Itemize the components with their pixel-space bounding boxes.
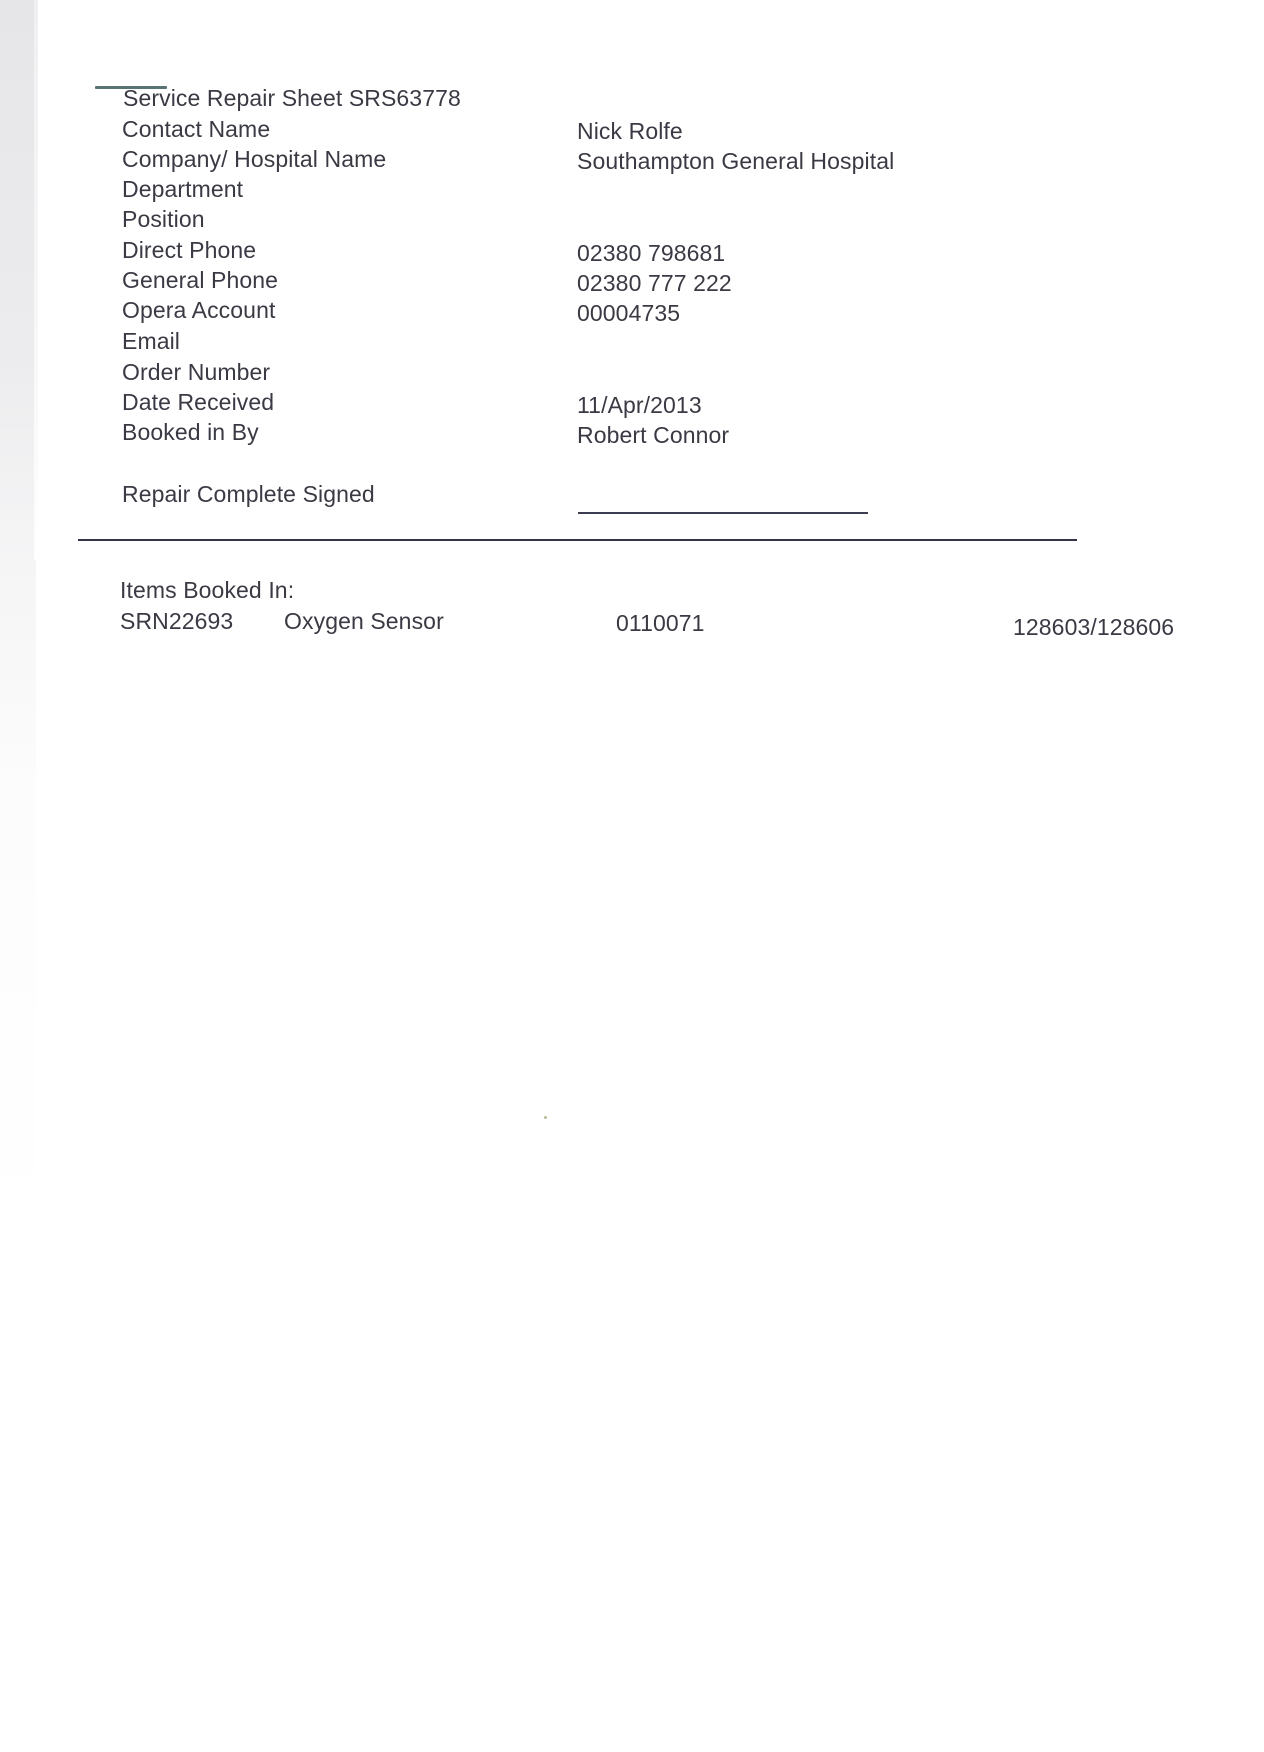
label-order-number: Order Number — [122, 358, 270, 386]
label-position: Position — [122, 205, 205, 233]
label-date-received: Date Received — [122, 388, 274, 416]
item-description: Oxygen Sensor — [284, 607, 444, 635]
label-repair-complete-signed: Repair Complete Signed — [122, 480, 375, 508]
value-company-hospital-name: Southampton General Hospital — [577, 147, 894, 175]
item-codes: 128603/128606 — [1013, 613, 1174, 641]
item-reference: SRN22693 — [120, 607, 233, 635]
items-booked-in-heading: Items Booked In: — [120, 576, 294, 604]
label-direct-phone: Direct Phone — [122, 236, 256, 264]
item-serial: 0110071 — [616, 609, 705, 637]
value-direct-phone: 02380 798681 — [577, 239, 725, 267]
document-title: Service Repair Sheet SRS63778 — [123, 84, 461, 112]
label-email: Email — [122, 327, 180, 355]
value-date-received: 11/Apr/2013 — [577, 391, 702, 419]
label-opera-account: Opera Account — [122, 296, 275, 324]
value-contact-name: Nick Rolfe — [577, 117, 683, 145]
label-company-hospital-name: Company/ Hospital Name — [122, 145, 386, 173]
scan-shadow-edge — [0, 0, 36, 1752]
scan-speck — [544, 1116, 547, 1119]
value-opera-account: 00004735 — [577, 299, 680, 327]
section-divider — [78, 539, 1077, 541]
value-general-phone: 02380 777 222 — [577, 269, 732, 297]
label-department: Department — [122, 175, 243, 203]
label-contact-name: Contact Name — [122, 115, 270, 143]
label-booked-in-by: Booked in By — [122, 418, 259, 446]
value-booked-in-by: Robert Connor — [577, 421, 729, 449]
label-general-phone: General Phone — [122, 266, 278, 294]
signature-line — [578, 512, 868, 514]
